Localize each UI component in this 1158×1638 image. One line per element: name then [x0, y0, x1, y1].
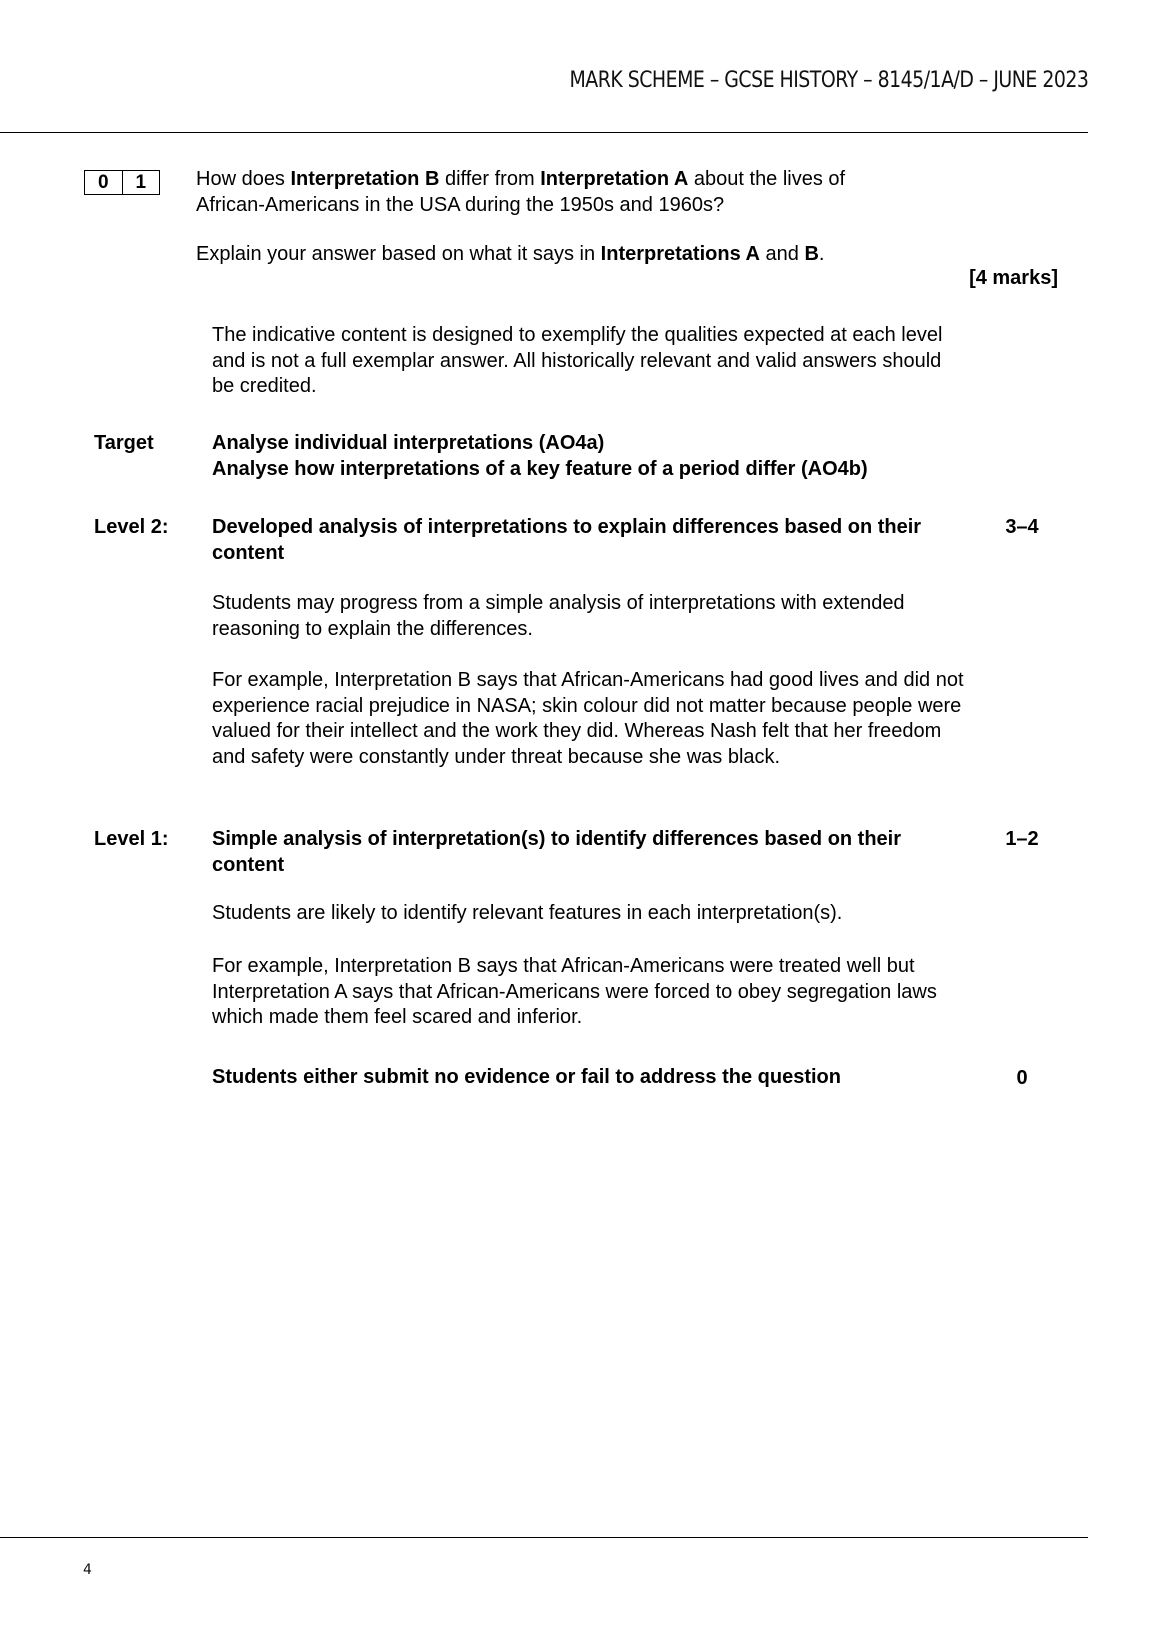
- target-objective: Analyse individual interpretations (AO4a…: [212, 431, 972, 457]
- question-number-digit: 1: [122, 171, 160, 194]
- question-number-digit: 0: [85, 171, 122, 194]
- footer-divider: [0, 1537, 1088, 1538]
- level-2-descriptor: Developed analysis of interpretations to…: [212, 515, 957, 566]
- page-number: 4: [83, 1562, 92, 1578]
- header-divider: [0, 132, 1088, 133]
- level-1-example: For example, Interpretation B says that …: [212, 954, 952, 1031]
- level-2-example: For example, Interpretation B says that …: [212, 668, 972, 770]
- question-marks: [4 marks]: [969, 266, 1058, 292]
- level-1-marks: 1–2: [992, 827, 1052, 853]
- zero-band-descriptor: Students either submit no evidence or fa…: [212, 1065, 972, 1091]
- level-1-descriptor: Simple analysis of interpretation(s) to …: [212, 827, 972, 878]
- target-label: Target: [94, 431, 154, 457]
- question-prompt: How does Interpretation B differ from In…: [196, 167, 916, 218]
- level-2-label: Level 2:: [94, 515, 168, 541]
- level-1-guidance: Students are likely to identify relevant…: [212, 901, 972, 927]
- indicative-content-note: The indicative content is designed to ex…: [212, 323, 957, 400]
- level-1-label: Level 1:: [94, 827, 168, 853]
- target-objective: Analyse how interpretations of a key fea…: [212, 457, 972, 483]
- running-header: MARK SCHEME – GCSE HISTORY – 8145/1A/D –…: [569, 68, 1088, 93]
- level-2-marks: 3–4: [992, 515, 1052, 541]
- zero-band-marks: 0: [992, 1066, 1052, 1092]
- target-objectives: Analyse individual interpretations (AO4a…: [212, 431, 972, 482]
- question-instruction: Explain your answer based on what it say…: [196, 242, 996, 268]
- level-2-guidance: Students may progress from a simple anal…: [212, 591, 972, 642]
- question-number-box: 0 1: [84, 170, 160, 195]
